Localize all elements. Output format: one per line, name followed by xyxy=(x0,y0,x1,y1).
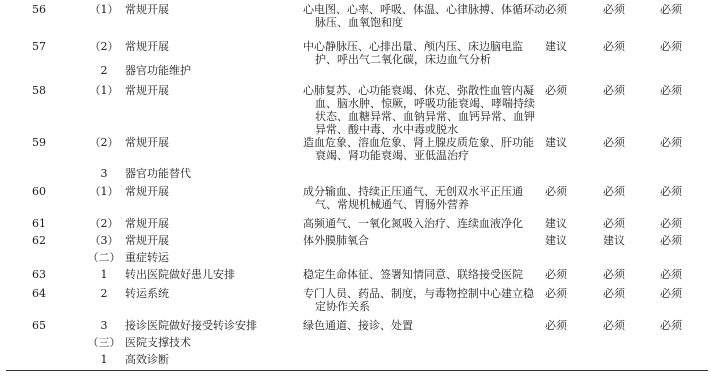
sub-index: 3 xyxy=(84,167,124,180)
description-line: 中心静脉压、心排出量、颅内压、床边脑电监 xyxy=(303,40,535,53)
requirement-level-2: 必须 xyxy=(603,319,625,332)
item-name: 接诊医院做好接受转诊安排 xyxy=(125,319,290,332)
requirement-level-3: 必须 xyxy=(660,319,682,332)
requirement-level-1: 必须 xyxy=(545,268,567,281)
sub-index: 2 xyxy=(84,287,124,300)
description-line: 血、脑水肿、惊厥，呼吸功能衰竭、哮喘持续 xyxy=(303,97,535,110)
description-line: 专门人员、药品、制度，与毒物控制中心建立稳 xyxy=(303,287,535,300)
description-line: 绿色通道、接诊、处置 xyxy=(303,319,535,332)
item-name: 重症转运 xyxy=(125,251,290,264)
sub-index: 3 xyxy=(84,319,124,332)
item-name: 常规开展 xyxy=(125,136,290,149)
item-name: 转出医院做好患儿安排 xyxy=(125,268,290,281)
description-line: 稳定生命体征、签署知情同意、联络接受医院 xyxy=(303,268,535,281)
item-number: 64 xyxy=(32,287,62,300)
description-line: 衰竭、肾功能衰竭、亚低温治疗 xyxy=(303,149,535,162)
requirement-level-1: 必须 xyxy=(545,319,567,332)
item-number: 63 xyxy=(32,268,62,281)
requirement-level-2: 必须 xyxy=(603,268,625,281)
requirement-level-1: 必须 xyxy=(545,185,567,198)
requirement-level-1: 必须 xyxy=(545,84,567,97)
requirement-level-2: 必须 xyxy=(603,3,625,16)
item-name: 常规开展 xyxy=(125,40,290,53)
description-line: 体外膜肺氧合 xyxy=(303,234,535,247)
description-line: 气、常规机械通气、胃肠外营养 xyxy=(303,198,535,211)
item-name: 常规开展 xyxy=(125,234,290,247)
item-number: 58 xyxy=(32,84,62,97)
item-name: 常规开展 xyxy=(125,185,290,198)
item-name: 医院支撑技术 xyxy=(125,336,290,349)
requirement-level-2: 必须 xyxy=(603,287,625,300)
requirement-level-1: 建议 xyxy=(545,217,567,230)
item-description: 稳定生命体征、签署知情同意、联络接受医院 xyxy=(303,268,535,281)
sub-index: （1） xyxy=(84,185,124,198)
description-line: 造血危象、溶血危象、肾上腺皮质危象、肝功能 xyxy=(303,136,535,149)
requirement-level-2: 建议 xyxy=(603,234,625,247)
item-name: 转运系统 xyxy=(125,287,290,300)
item-number: 65 xyxy=(32,319,62,332)
requirement-level-3: 必须 xyxy=(660,40,682,53)
description-line: 心肺复苏、心功能衰竭、休克、弥散性血管内凝 xyxy=(303,84,535,97)
requirement-level-2: 必须 xyxy=(603,217,625,230)
sub-index: （二） xyxy=(84,251,124,264)
sub-index: 1 xyxy=(84,268,124,281)
requirement-level-1: 必须 xyxy=(545,287,567,300)
item-description: 中心静脉压、心排出量、颅内压、床边脑电监护、呼出气二氧化碳，床边血气分析 xyxy=(303,40,535,66)
sub-index: （2） xyxy=(84,136,124,149)
requirement-level-2: 必须 xyxy=(603,40,625,53)
requirement-level-3: 必须 xyxy=(660,217,682,230)
requirement-level-3: 必须 xyxy=(660,136,682,149)
description-line: 定协作关系 xyxy=(303,300,535,313)
item-number: 57 xyxy=(32,40,62,53)
requirement-level-2: 必须 xyxy=(603,136,625,149)
bottom-rule xyxy=(6,370,708,371)
description-line: 高频通气、一氧化氮吸入治疗、连续血液净化 xyxy=(303,217,535,230)
description-line: 异常、酸中毒、水中毒或脱水 xyxy=(303,123,535,136)
item-number: 60 xyxy=(32,185,62,198)
description-line: 成分输血、持续正压通气、无创双水平正压通 xyxy=(303,185,535,198)
item-description: 体外膜肺氧合 xyxy=(303,234,535,247)
item-description: 专门人员、药品、制度，与毒物控制中心建立稳定协作关系 xyxy=(303,287,535,313)
item-number: 61 xyxy=(32,217,62,230)
item-description: 心电图、心率、呼吸、体温、心律脉搏、体循环动脉压、血氧饱和度 xyxy=(303,3,535,29)
item-description: 绿色通道、接诊、处置 xyxy=(303,319,535,332)
requirement-level-3: 必须 xyxy=(660,3,682,16)
description-line: 脉压、血氧饱和度 xyxy=(303,16,535,29)
requirement-level-3: 必须 xyxy=(660,287,682,300)
item-name: 高效诊断 xyxy=(125,353,290,366)
description-line: 心电图、心率、呼吸、体温、心律脉搏、体循环动 xyxy=(303,3,535,16)
item-name: 常规开展 xyxy=(125,217,290,230)
sub-index: 2 xyxy=(84,64,124,77)
item-name: 器官功能替代 xyxy=(125,167,290,180)
requirement-level-2: 必须 xyxy=(603,185,625,198)
sub-index: （1） xyxy=(84,84,124,97)
sub-index: （1） xyxy=(84,3,124,16)
sub-index: （2） xyxy=(84,217,124,230)
requirement-level-3: 必须 xyxy=(660,84,682,97)
item-name: 常规开展 xyxy=(125,3,290,16)
requirement-level-3: 必须 xyxy=(660,234,682,247)
requirement-level-1: 建议 xyxy=(545,136,567,149)
item-number: 59 xyxy=(32,136,62,149)
item-name: 器官功能维护 xyxy=(125,64,290,77)
description-line: 护、呼出气二氧化碳，床边血气分析 xyxy=(303,53,535,66)
requirement-level-1: 建议 xyxy=(545,40,567,53)
requirement-level-2: 必须 xyxy=(603,84,625,97)
item-description: 心肺复苏、心功能衰竭、休克、弥散性血管内凝血、脑水肿、惊厥，呼吸功能衰竭、哮喘持… xyxy=(303,84,535,136)
requirement-level-1: 建议 xyxy=(545,234,567,247)
requirement-level-1: 必须 xyxy=(545,3,567,16)
requirement-level-3: 必须 xyxy=(660,185,682,198)
item-name: 常规开展 xyxy=(125,84,290,97)
item-description: 高频通气、一氧化氮吸入治疗、连续血液净化 xyxy=(303,217,535,230)
description-line: 状态、血糖异常、血钠异常、血钙异常、血钾 xyxy=(303,110,535,123)
sub-index: （3） xyxy=(84,234,124,247)
sub-index: （2） xyxy=(84,40,124,53)
sub-index: 1 xyxy=(84,353,124,366)
sub-index: （三） xyxy=(84,336,124,349)
requirement-level-3: 必须 xyxy=(660,268,682,281)
item-number: 62 xyxy=(32,234,62,247)
item-description: 造血危象、溶血危象、肾上腺皮质危象、肝功能衰竭、肾功能衰竭、亚低温治疗 xyxy=(303,136,535,162)
item-number: 56 xyxy=(32,3,62,16)
item-description: 成分输血、持续正压通气、无创双水平正压通气、常规机械通气、胃肠外营养 xyxy=(303,185,535,211)
